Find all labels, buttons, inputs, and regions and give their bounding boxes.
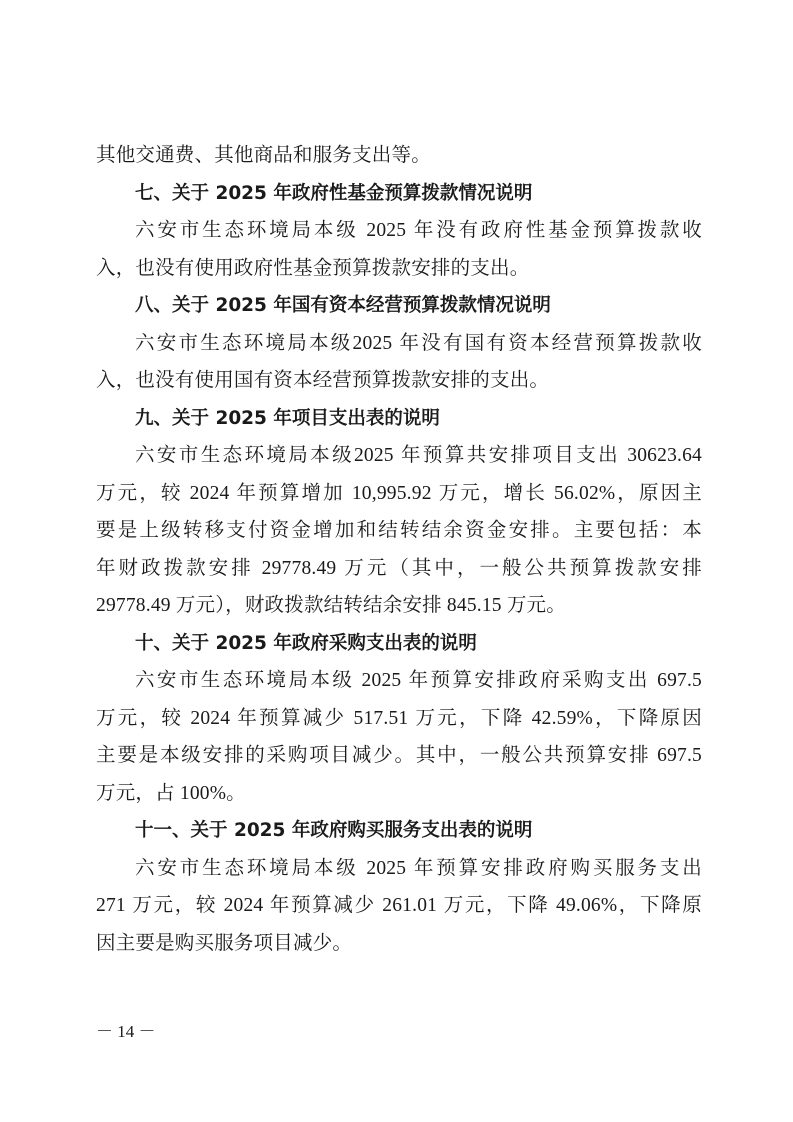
body-line: 入，也没有使用政府性基金预算拨款安排的支出。	[96, 250, 702, 288]
body-line: 因主要是购买服务项目减少。	[96, 925, 702, 963]
body-line: 六安市生态环境局本级2025 年预算共安排项目支出 30623.64	[96, 437, 702, 475]
body-line: 主要是本级安排的采购项目减少。其中，一般公共预算安排 697.5	[96, 737, 702, 775]
section-heading-7: 七、关于 2025 年政府性基金预算拨款情况说明	[96, 175, 702, 213]
body-line: 271 万元，较 2024 年预算减少 261.01 万元，下降 49.06%，…	[96, 887, 702, 925]
section-heading-8: 八、关于 2025 年国有资本经营预算拨款情况说明	[96, 287, 702, 325]
body-line: 六安市生态环境局本级 2025 年预算安排政府采购支出 697.5	[96, 662, 702, 700]
body-line: 六安市生态环境局本级 2025 年没有政府性基金预算拨款收	[96, 212, 702, 250]
section-heading-10: 十、关于 2025 年政府采购支出表的说明	[96, 625, 702, 663]
body-line: 万元，较 2024 年预算减少 517.51 万元，下降 42.59%，下降原因	[96, 700, 702, 738]
section-heading-11: 十一、关于 2025 年政府购买服务支出表的说明	[96, 812, 702, 850]
document-page: 其他交通费、其他商品和服务支出等。 七、关于 2025 年政府性基金预算拨款情况…	[0, 0, 793, 1122]
body-line: 要是上级转移支付资金增加和结转结余资金安排。主要包括：本	[96, 512, 702, 550]
body-line: 万元，占 100%。	[96, 775, 702, 813]
body-line: 入，也没有使用国有资本经营预算拨款安排的支出。	[96, 362, 702, 400]
section-heading-9: 九、关于 2025 年项目支出表的说明	[96, 400, 702, 438]
body-line: 其他交通费、其他商品和服务支出等。	[96, 137, 702, 175]
page-number: － 14 －	[96, 1017, 156, 1042]
body-line: 六安市生态环境局本级 2025 年预算安排政府购买服务支出	[96, 850, 702, 888]
body-line: 万元，较 2024 年预算增加 10,995.92 万元，增长 56.02%，原…	[96, 475, 702, 513]
body-line: 29778.49 万元），财政拨款结转结余安排 845.15 万元。	[96, 587, 702, 625]
body-line: 年财政拨款安排 29778.49 万元（其中，一般公共预算拨款安排	[96, 550, 702, 588]
document-body: 其他交通费、其他商品和服务支出等。 七、关于 2025 年政府性基金预算拨款情况…	[96, 137, 702, 962]
body-line: 六安市生态环境局本级2025 年没有国有资本经营预算拨款收	[96, 325, 702, 363]
